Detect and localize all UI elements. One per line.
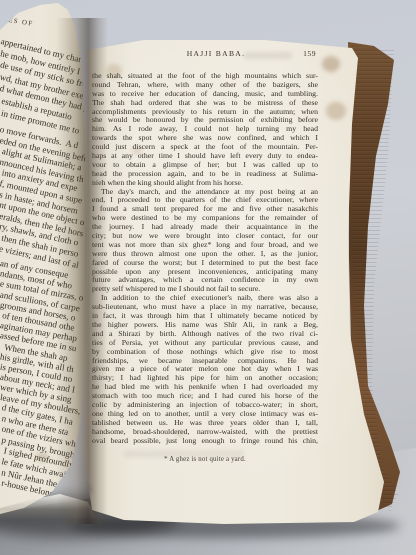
text-line: end, I proceeded to the quarters of the … — [92, 196, 318, 205]
running-head-title: HAJJI BABA. — [103, 49, 329, 58]
text-line: given me a piece of water melon one hot … — [92, 365, 318, 374]
text-line: who were destined to be my companions fo… — [92, 214, 318, 223]
text-line: round Tehran, where, with many other of … — [92, 81, 318, 90]
text-line: In addition to the chief executioner's n… — [92, 294, 318, 303]
text-line: in fact, it was through him that I ultim… — [92, 312, 318, 321]
text-line: was to receive her education of dancing,… — [92, 90, 318, 99]
text-line: ties of Persia, yet without any particul… — [92, 339, 318, 348]
text-line: The shah had ordered that she was to be … — [92, 99, 318, 108]
text-line: stomach with too much rice; and I had cu… — [92, 392, 318, 401]
text-line: I found a small tent prepared for me and… — [92, 205, 318, 214]
text-line: towards the spot where she was now confi… — [92, 134, 318, 143]
text-line: the higher powers. His name was Shîr Ali… — [92, 321, 318, 330]
text-line: by combination of those nothings which g… — [92, 348, 318, 357]
text-line: could just discern a speck at the foot o… — [92, 143, 318, 152]
text-line: tablished between us. He was three years… — [92, 419, 318, 428]
foxing-spot — [322, 56, 340, 72]
foxing-spot — [326, 102, 346, 120]
text-line: tent was not more than six ghez* long an… — [92, 241, 318, 250]
text-line: possible upon any present inconveniences… — [92, 268, 318, 277]
text-line: the journey. I had already made their ac… — [92, 223, 318, 232]
text-line: colic by administering an injection of t… — [92, 401, 318, 410]
text-line: oval beard possible, just long enough to… — [92, 437, 318, 446]
text-line: friendships, we became inseparable compa… — [92, 357, 318, 366]
text-line: she would be honoured by the permission … — [92, 116, 318, 125]
text-line: the shah, situated at the foot of the hi… — [92, 72, 318, 81]
paragraph: the shah, situated at the foot of the hi… — [92, 72, 318, 188]
text-line: future advantages, which a certain confi… — [92, 276, 318, 285]
text-line: fared of course the worst; but I determi… — [92, 259, 318, 268]
text-line: nieh when the king should alight from hi… — [92, 179, 318, 188]
paragraph: The day's march, and the attendance at m… — [92, 188, 318, 295]
right-page: HAJJI BABA. 159 the shah, situated at th… — [84, 34, 396, 528]
text-line: and a Shirazi by birth. Although natives… — [92, 330, 318, 339]
text-line: The day's march, and the attendance at m… — [92, 188, 318, 197]
text-line: head the procession again, and to be in … — [92, 170, 318, 179]
text-line: haps at any other time I should have lef… — [92, 152, 318, 161]
text-line: sub-lieutenant, who must have a place in… — [92, 303, 318, 312]
body-text: the shah, situated at the foot of the hi… — [92, 72, 318, 445]
text-line: handsome, broad-shouldered, narrow-waist… — [92, 428, 318, 437]
text-line: pretty self whispered to me I should not… — [92, 285, 318, 294]
text-line: accomplishments previously to his return… — [92, 108, 318, 117]
page-number: 159 — [303, 49, 316, 58]
text-line: city; but now we were brought into close… — [92, 232, 318, 241]
running-head-row: HAJJI BABA. 159 — [92, 49, 318, 60]
book-photograph: HAJJI BABA. 159 the shah, situated at th… — [0, 0, 416, 555]
right-page-content: HAJJI BABA. 159 the shah, situated at th… — [92, 49, 318, 463]
text-line: he had bled me with his penknife when I … — [92, 383, 318, 392]
gutter-shadow — [56, 18, 108, 524]
text-line: were thus thrown almost one upon the oth… — [92, 250, 318, 259]
text-line: him. As I rode away, I could not help tu… — [92, 125, 318, 134]
footnote: * A ghez is not quite a yard. — [92, 456, 318, 463]
text-line: thirsty; I had lighted his pipe for him … — [92, 374, 318, 383]
foxing-spot — [36, 452, 48, 462]
text-line: vour to obtain a glimpse of her; but I w… — [92, 161, 318, 170]
paragraph: In addition to the chief executioner's n… — [92, 294, 318, 445]
text-line: one thing led on to another, until a ver… — [92, 410, 318, 419]
left-running-head: RES OF — [2, 16, 34, 28]
